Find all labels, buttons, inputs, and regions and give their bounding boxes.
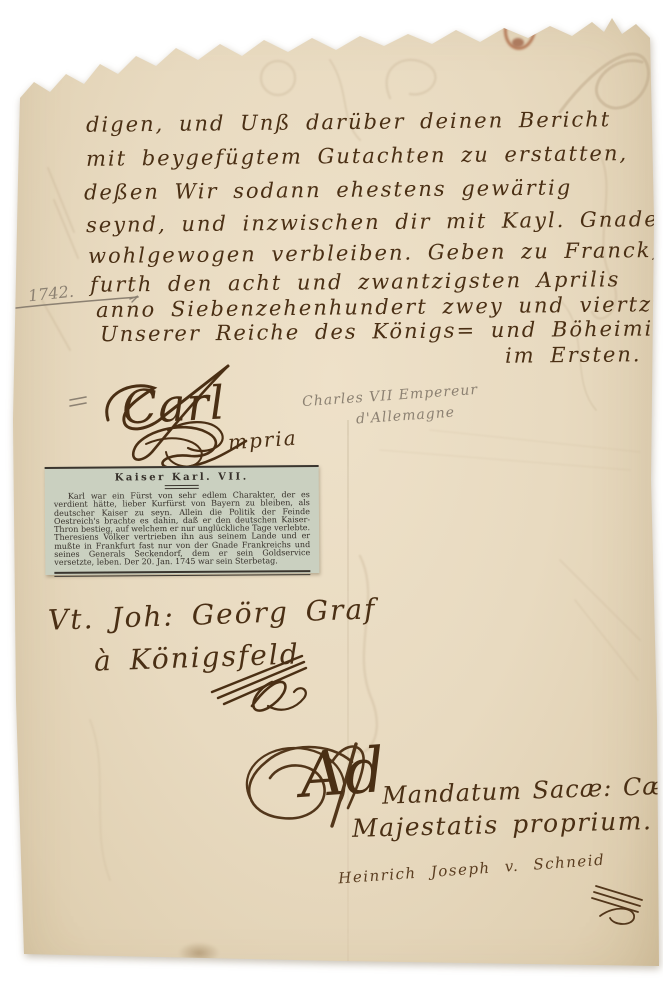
- clipping-title: Kaiser Karl. VII.: [54, 471, 310, 484]
- clipping-title-rule: [165, 485, 199, 489]
- scanned-document: digen, und Unß darüber deinen Bericht mi…: [0, 0, 663, 1000]
- paper-sheet: digen, und Unß darüber deinen Bericht mi…: [0, 0, 663, 1000]
- mandatum-initial: Ad: [298, 733, 387, 812]
- bottom-stain: [178, 942, 220, 964]
- emperor-signature: Carl: [121, 375, 227, 434]
- manuscript-line: deßen Wir sodann ehestens gewärtig: [84, 175, 573, 204]
- seal-stain-blob: [512, 38, 524, 47]
- clipping-body-text: Karl war ein Fürst von sehr edlem Charak…: [54, 491, 311, 567]
- vertical-crease: [347, 420, 349, 980]
- signature-suffix: mpria: [227, 426, 298, 455]
- manuscript-closing-line: im Ersten.: [505, 342, 642, 367]
- printed-clipping: Kaiser Karl. VII. Karl war ein Fürst von…: [45, 465, 320, 575]
